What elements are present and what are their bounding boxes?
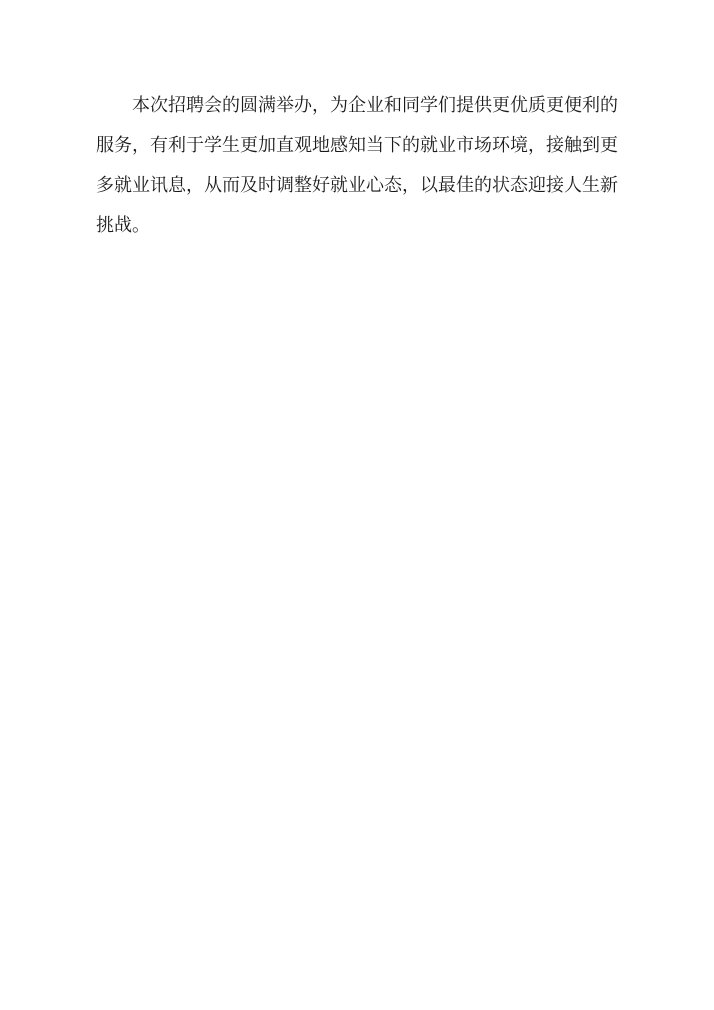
- body-paragraph: 本次招聘会的圆满举办，为企业和同学们提供更优质更便利的服务，有利于学生更加直观地…: [96, 85, 618, 245]
- document-page: 本次招聘会的圆满举办，为企业和同学们提供更优质更便利的服务，有利于学生更加直观地…: [0, 0, 714, 1010]
